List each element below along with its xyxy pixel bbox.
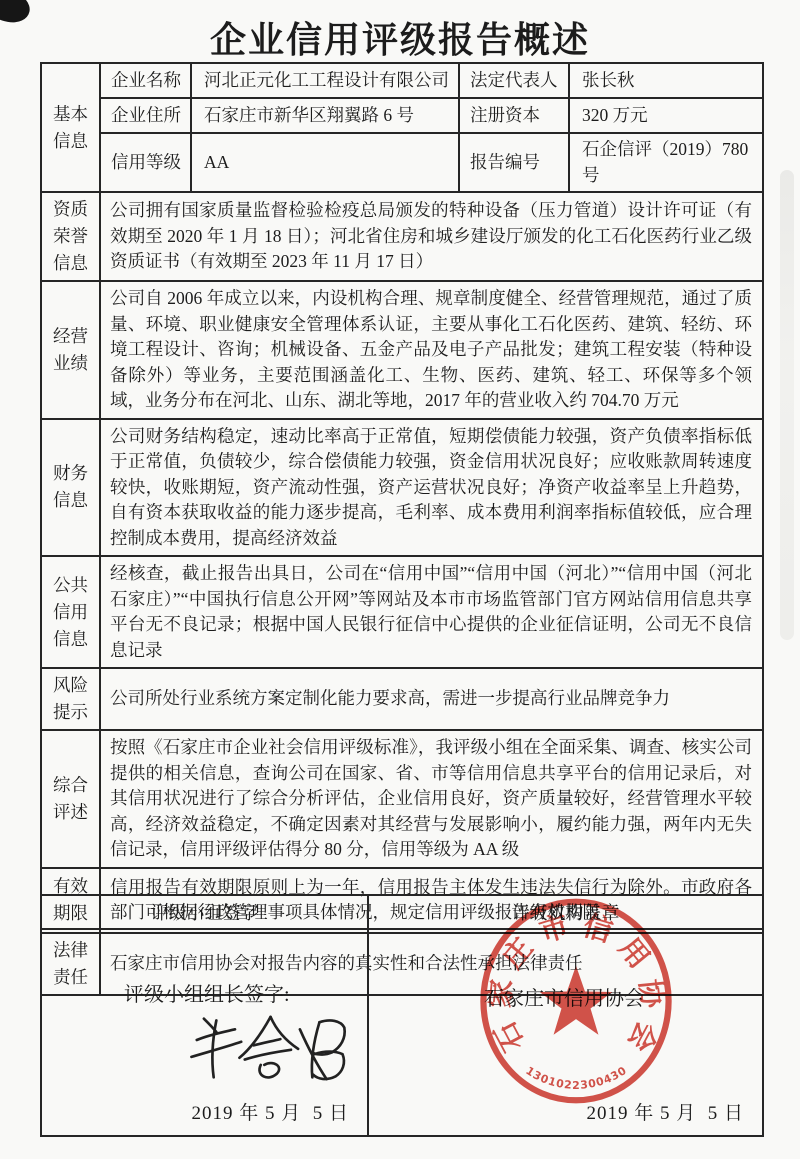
section-label-qualification-honor: 资质荣誉信息 bbox=[41, 192, 100, 281]
field-registered-capital: 注册资本 bbox=[459, 98, 569, 133]
section-content-financial-info: 公司财务结构稳定，速动比率高于正常值，短期偿债能力较强，资产负债率指标低于正常值… bbox=[100, 419, 763, 557]
section-content-comprehensive-review: 按照《石家庄市企业社会信用评级标准》，我评级小组在全面采集、调查、核实公司提供的… bbox=[100, 730, 763, 868]
table-row: 财务信息 公司财务结构稳定，速动比率高于正常值，短期偿债能力较强，资产负债率指标… bbox=[41, 419, 763, 557]
svg-text:2: 2 bbox=[563, 1078, 572, 1092]
section-content-public-credit-info: 经核查，截止报告出具日，公司在“信用中国”“信用中国（河北）”“信用中国（河北石… bbox=[100, 556, 763, 668]
section-label-risk-warning: 风险提示 bbox=[41, 668, 100, 730]
svg-text:家: 家 bbox=[484, 977, 519, 1009]
value-company-address: 石家庄市新华区翔翼路 6 号 bbox=[191, 98, 459, 133]
section-label-public-credit-info: 公共信用信息 bbox=[41, 556, 100, 668]
table-row: 基本信息 企业名称 河北正元化工工程设计有限公司 法定代表人 张长秋 bbox=[41, 63, 763, 98]
seal-star-icon bbox=[540, 966, 613, 1035]
field-legal-representative: 法定代表人 bbox=[459, 63, 569, 98]
field-credit-grade: 信用等级 bbox=[100, 133, 191, 192]
field-report-number: 报告编号 bbox=[459, 133, 569, 192]
section-label-comprehensive-review: 综合评述 bbox=[41, 730, 100, 868]
field-company-address: 企业住所 bbox=[100, 98, 191, 133]
table-row: 风险提示 公司所处行业系统方案定制化能力要求高，需进一步提高行业品牌竞争力 bbox=[41, 668, 763, 730]
seal-arc-number: 1301022300430 bbox=[523, 1064, 629, 1092]
agency-red-seal: 石家庄市信用协会 1301022300430 bbox=[471, 888, 681, 1114]
rating-agency-seal-cell: 石家庄市信用协会 石家庄市信用协会 1301022300430 2019 年 5… bbox=[368, 929, 763, 1136]
section-label-business-performance: 经营业绩 bbox=[41, 281, 100, 419]
svg-text:市: 市 bbox=[536, 910, 573, 949]
section-content-risk-warning: 公司所处行业系统方案定制化能力要求高，需进一步提高行业品牌竞争力 bbox=[100, 668, 763, 730]
signature-table: 评级小组签字 评级机构盖章 评级小组组长签字: bbox=[40, 894, 764, 1137]
section-content-qualification-honor: 公司拥有国家质量监督检验检疫总局颁发的特种设备（压力管道）设计许可证（有效期至 … bbox=[100, 192, 763, 281]
rating-team-signature-header: 评级小组签字 bbox=[41, 895, 368, 929]
team-signature-date: 2019 年 5 月 5 日 bbox=[191, 1098, 349, 1125]
handwritten-signature bbox=[180, 1008, 370, 1088]
team-leader-signature-label: 评级小组组长签字: bbox=[124, 978, 290, 1007]
value-report-number: 石企信评（2019）780 号 bbox=[569, 133, 763, 192]
report-table: 基本信息 企业名称 河北正元化工工程设计有限公司 法定代表人 张长秋 企业住所 … bbox=[40, 62, 764, 996]
svg-text:信: 信 bbox=[579, 909, 616, 949]
table-row: 经营业绩 公司自 2006 年成立以来，内设机构合理、规章制度健全、经营管理规范… bbox=[41, 281, 763, 419]
svg-text:2: 2 bbox=[572, 1079, 580, 1092]
field-company-name: 企业名称 bbox=[100, 63, 191, 98]
table-row: 资质荣誉信息 公司拥有国家质量监督检验检疫总局颁发的特种设备（压力管道）设计许可… bbox=[41, 192, 763, 281]
section-label-basic-info: 基本信息 bbox=[41, 63, 100, 192]
table-row: 公共信用信息 经核查，截止报告出具日，公司在“信用中国”“信用中国（河北）”“信… bbox=[41, 556, 763, 668]
svg-text:协: 协 bbox=[633, 978, 668, 1011]
value-company-name: 河北正元化工工程设计有限公司 bbox=[191, 63, 459, 98]
table-row: 信用等级 AA 报告编号 石企信评（2019）780 号 bbox=[41, 133, 763, 192]
table-row: 综合评述 按照《石家庄市企业社会信用评级标准》，我评级小组在全面采集、调查、核实… bbox=[41, 730, 763, 868]
credit-report-page: 企业信用评级报告概述 基本信息 企业名称 河北正元化工工程设计有限公司 法定代表… bbox=[0, 0, 800, 1159]
value-registered-capital: 320 万元 bbox=[569, 98, 763, 133]
section-label-financial-info: 财务信息 bbox=[41, 419, 100, 557]
page-title: 企业信用评级报告概述 bbox=[0, 12, 800, 63]
value-credit-grade: AA bbox=[191, 133, 459, 192]
signature-body-row: 评级小组组长签字: bbox=[41, 929, 763, 1136]
table-row: 企业住所 石家庄市新华区翔翼路 6 号 注册资本 320 万元 bbox=[41, 98, 763, 133]
section-content-business-performance: 公司自 2006 年成立以来，内设机构合理、规章制度健全、经营管理规范，通过了质… bbox=[100, 281, 763, 419]
value-legal-representative: 张长秋 bbox=[569, 63, 763, 98]
scan-streak bbox=[780, 170, 794, 640]
rating-team-signature-cell: 评级小组组长签字: bbox=[41, 929, 368, 1136]
